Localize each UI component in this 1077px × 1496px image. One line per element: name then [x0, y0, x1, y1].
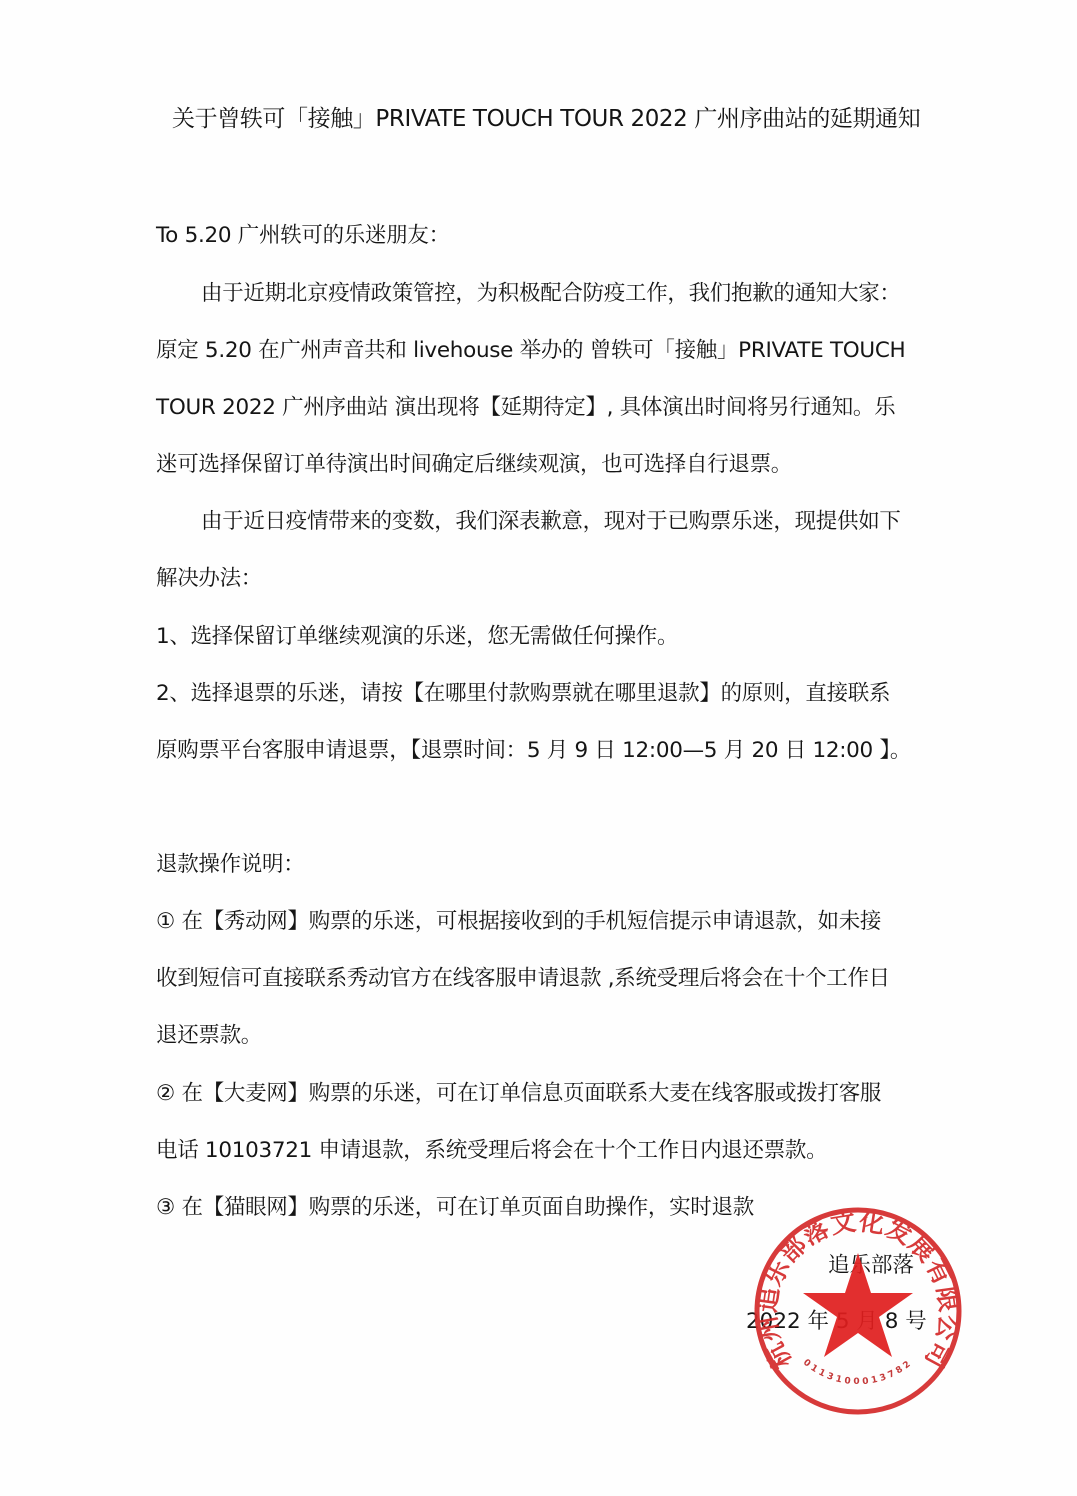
- document-title: 关于曾轶可「接触」PRIVATE TOUCH TOUR 2022 广州序曲站的延…: [172, 100, 920, 133]
- svg-text:0113100013782: 0113100013782: [801, 1358, 915, 1388]
- paragraph1-line: TOUR 2022 广州序曲站 演出现将【延期待定】, 具体演出时间将另行通知。…: [156, 390, 895, 421]
- notice-document: 关于曾轶可「接触」PRIVATE TOUCH TOUR 2022 广州序曲站的延…: [0, 0, 1077, 1496]
- refund-step: ③ 在【猫眼网】购票的乐迷，可在订单页面自助操作，实时退款: [156, 1190, 754, 1221]
- refund-step: 退还票款。: [156, 1018, 262, 1049]
- refund-step: 收到短信可直接联系秀动官方在线客服申请退款 ,系统受理后将会在十个工作日: [156, 961, 890, 992]
- refund-step: 电话 10103721 申请退款，系统受理后将会在十个工作日内退还票款。: [156, 1133, 827, 1164]
- paragraph2-line: 解决办法：: [156, 561, 262, 592]
- refund-step: ① 在【秀动网】购票的乐迷，可根据接收到的手机短信提示申请退款，如未接: [156, 904, 881, 935]
- solution-item: 1、选择保留订单继续观演的乐迷，您无需做任何操作。: [156, 619, 678, 650]
- seal-serial: 0113100013782: [801, 1358, 915, 1388]
- paragraph2-line: 由于近日疫情带来的变数，我们深表歉意，现对于已购票乐迷，现提供如下: [201, 504, 901, 535]
- solution-item: 2、选择退票的乐迷，请按【在哪里付款购票就在哪里退款】的原则，直接联系: [156, 676, 890, 707]
- solution-item: 原购票平台客服申请退票，【退票时间：5 月 9 日 12:00—5 月 20 日…: [156, 733, 911, 764]
- paragraph1-line: 由于近期北京疫情政策管控，为积极配合防疫工作，我们抱歉的通知大家：: [201, 276, 901, 307]
- refund-heading: 退款操作说明：: [156, 847, 304, 878]
- greeting: To 5.20 广州轶可的乐迷朋友：: [156, 218, 450, 249]
- paragraph1-line: 迷可选择保留订单待演出时间确定后继续观演，也可选择自行退票。: [156, 447, 792, 478]
- paragraph1-line: 原定 5.20 在广州声音共和 livehouse 举办的 曾轶可「接触」PRI…: [156, 333, 905, 364]
- star-icon: [803, 1253, 913, 1357]
- refund-step: ② 在【大麦网】购票的乐迷，可在订单信息页面联系大麦在线客服或拨打客服: [156, 1076, 881, 1107]
- company-seal-icon: 杭州追乐部落文化发展有限公司 0113100013782: [752, 1205, 964, 1417]
